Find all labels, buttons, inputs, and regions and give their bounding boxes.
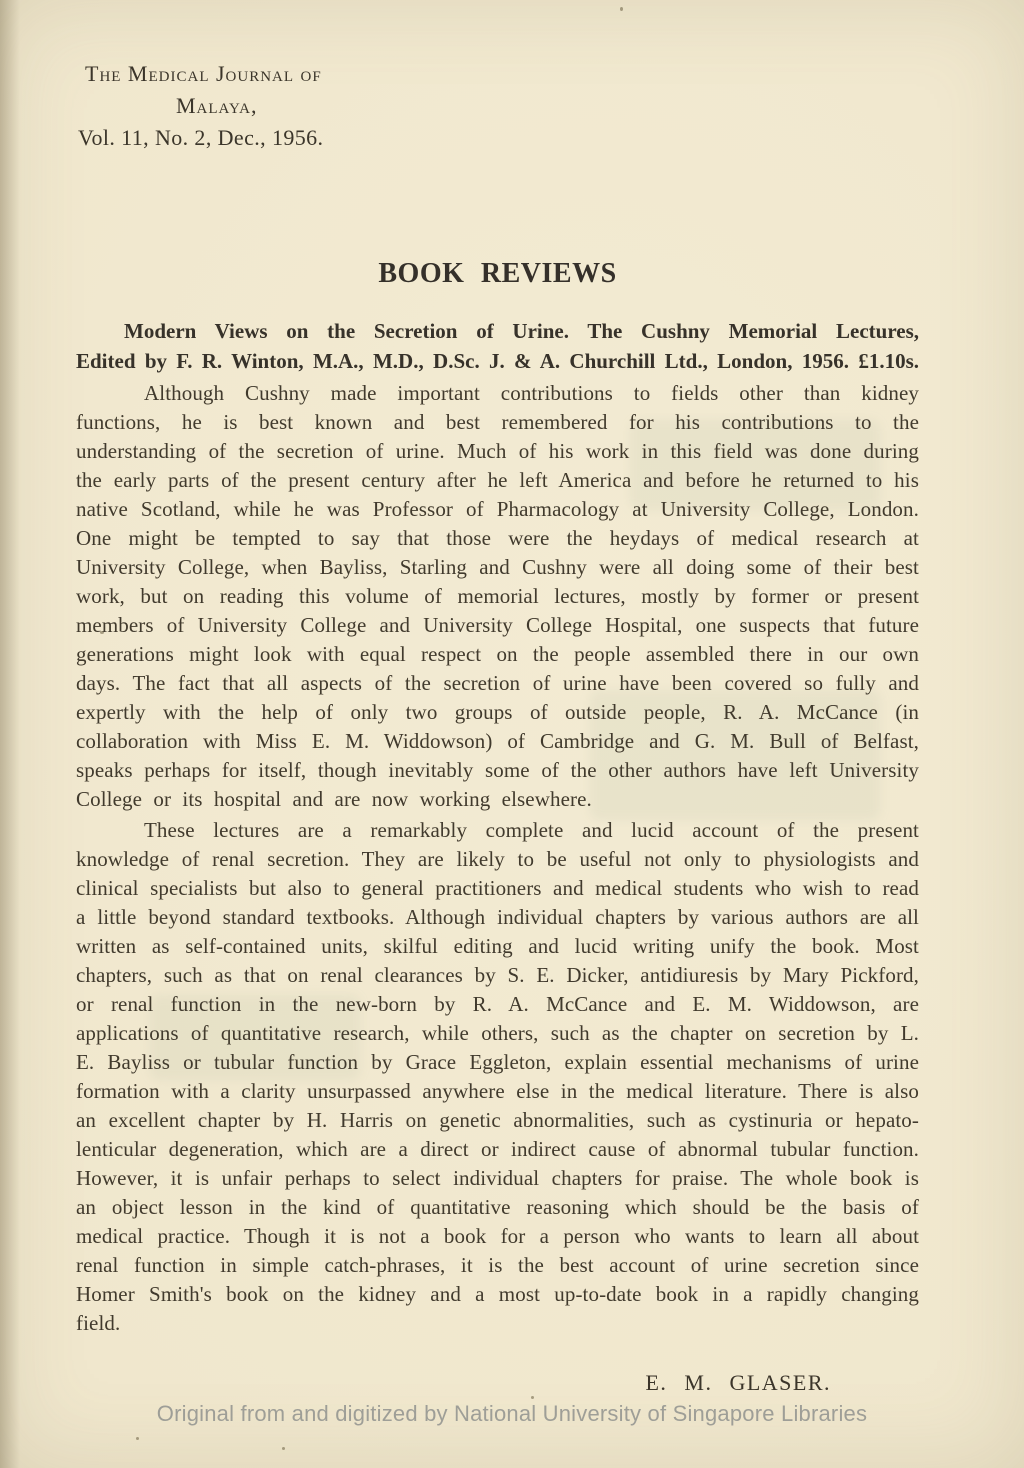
scan-speck: [531, 1396, 534, 1399]
scan-gutter-shadow: [0, 0, 20, 1468]
review-paragraph-2: These lectures are a remarkably complete…: [76, 816, 919, 1338]
book-review-heading: Modern Views on the Secretion of Urine. …: [76, 316, 919, 376]
scan-speck: [136, 1437, 139, 1440]
book-title-line1: Modern Views on the Secretion of Urine. …: [76, 316, 919, 346]
journal-header: The Medical Journal of Malaya, Vol. 11, …: [78, 58, 323, 154]
journal-issue-line: Vol. 11, No. 2, Dec., 1956.: [78, 122, 323, 154]
book-title-line2: Edited by F. R. Winton, M.A., M.D., D.Sc…: [76, 346, 919, 376]
section-title: BOOK REVIEWS: [75, 258, 920, 290]
scan-speck: [620, 7, 623, 11]
scanned-journal-page: The Medical Journal of Malaya, Vol. 11, …: [0, 0, 1024, 1468]
digitization-watermark: Original from and digitized by National …: [0, 1401, 1024, 1427]
reviewer-signature: E. M. GLASER.: [75, 1370, 831, 1396]
scan-speck: [282, 1447, 285, 1450]
journal-title-line2: Malaya,: [78, 90, 323, 122]
review-paragraph-1: Although Cushny made important contribut…: [76, 379, 919, 814]
journal-title-line1: The Medical Journal of: [78, 58, 323, 90]
